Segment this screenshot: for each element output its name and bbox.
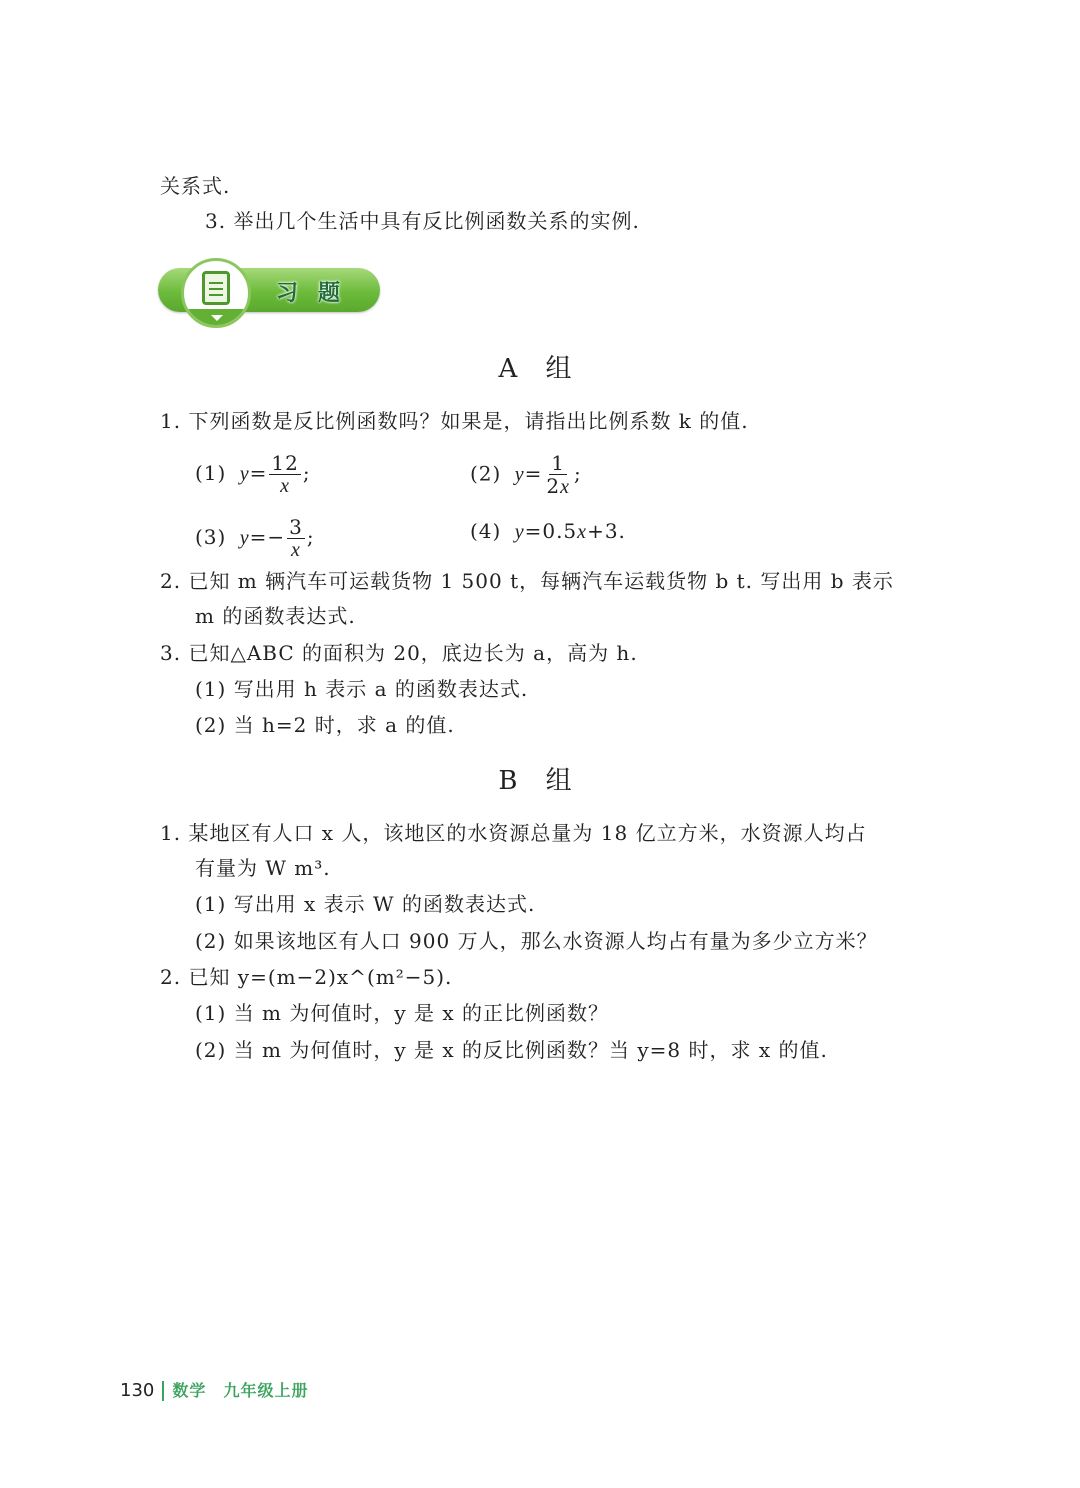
footer-subject: 数学 <box>172 1381 206 1400</box>
part-label: (1) <box>195 461 226 485</box>
exercise-badge-circle <box>181 258 251 328</box>
b-q1-part1: (1) 写出用 x 表示 W 的函数表达式. <box>195 890 535 918</box>
a-q3-stem: 3. 已知△ABC 的面积为 20，底边长为 a，高为 h. <box>160 639 638 667</box>
a-q3-part1: (1) 写出用 h 表示 a 的函数表达式. <box>195 675 528 703</box>
part-label: (4) <box>470 519 501 543</box>
a-q1-part1: (1) y=12x; <box>195 452 311 497</box>
footer-grade: 九年级上册 <box>224 1381 309 1400</box>
b-q1-line2: 有量为 W m³. <box>195 854 331 882</box>
a-q1-part4: (4) y=0.5x+3. <box>470 517 626 546</box>
footer-divider <box>162 1381 164 1401</box>
a-q2-line2: m 的函数表达式. <box>195 602 356 630</box>
a-q3-part2: (2) 当 h=2 时，求 a 的值. <box>195 711 455 739</box>
group-b-title: B 组 <box>0 760 1080 797</box>
intro-item-3: 3. 举出几个生活中具有反比例函数关系的实例. <box>205 207 640 235</box>
part-label: (2) <box>470 462 501 486</box>
b-q1-line1: 1. 某地区有人口 x 人，该地区的水资源总量为 18 亿立方米，水资源人均占 <box>160 819 867 847</box>
b-q2-part1: (1) 当 m 为何值时，y 是 x 的正比例函数？ <box>195 999 609 1027</box>
part-label: (3) <box>195 525 226 549</box>
intro-continuation: 关系式. <box>160 172 230 200</box>
exercise-badge-label: 习题 <box>276 276 360 307</box>
triangle-down-icon <box>211 315 223 321</box>
a-q1-part2: (2) y=12x; <box>470 452 582 498</box>
group-a-title: A 组 <box>0 348 1080 385</box>
page-footer: 130数学 九年级上册 <box>120 1378 309 1401</box>
b-q2-stem: 2. 已知 y=(m−2)x^(m²−5). <box>160 963 452 991</box>
b-q2-part2: (2) 当 m 为何值时，y 是 x 的反比例函数？当 y=8 时，求 x 的值… <box>195 1036 828 1064</box>
a-q2-line1: 2. 已知 m 辆汽车可运载货物 1 500 t，每辆汽车运载货物 b t. 写… <box>160 567 894 595</box>
notepad-icon <box>202 271 230 305</box>
a-q1-part3: (3) y=−3x; <box>195 516 315 561</box>
page-number: 130 <box>120 1380 154 1401</box>
b-q1-part2: (2) 如果该地区有人口 900 万人，那么水资源人均占有量为多少立方米？ <box>195 927 878 955</box>
a-q1-stem: 1. 下列函数是反比例函数吗？如果是，请指出比例系数 k 的值. <box>160 407 749 435</box>
